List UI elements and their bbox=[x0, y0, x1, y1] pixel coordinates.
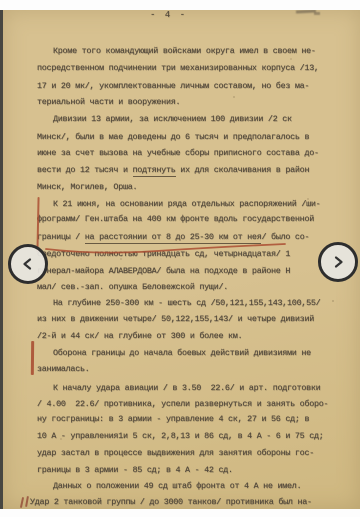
document-line: Кроме того командующий войсками округа и… bbox=[53, 46, 316, 56]
document-line: ну госграницы: в 3 армии - управление 4 … bbox=[37, 414, 309, 424]
document-line: посредственном подчинении три механизиро… bbox=[37, 63, 319, 73]
document-line: генерал-майора АЛАВЕРДОВА/ была на подхо… bbox=[37, 266, 290, 276]
prev-page-button[interactable] bbox=[8, 244, 48, 284]
red-wavy-underline-mark bbox=[42, 240, 294, 256]
document-line: из них в движении четыре/ 50,122,155,143… bbox=[37, 314, 314, 324]
next-page-button[interactable] bbox=[318, 242, 358, 282]
document-line: К началу удара авиации / в 3.50 22.6/ и … bbox=[53, 383, 320, 393]
document-line: /2-й и 44 ск/ на глубине от 300 и более … bbox=[37, 331, 242, 341]
document-line: териальной части и вооружения. bbox=[37, 97, 180, 107]
document-line: К 21 июня, на основании ряда отдельных р… bbox=[53, 199, 320, 209]
viewer-top-margin bbox=[0, 0, 360, 10]
document-line: июне за счет вызова на учебные сборы при… bbox=[37, 148, 319, 158]
document-line: Удар 2 танковой группы / до 3000 танков/… bbox=[30, 497, 312, 507]
document-line: границы в 3 армии - 85 сд; в 4 А - 42 сд… bbox=[37, 465, 233, 475]
chevron-left-icon bbox=[21, 257, 35, 271]
document-line: занималась. bbox=[37, 364, 90, 374]
document-line: / 4.00 22.6/ противника, успели разверну… bbox=[37, 399, 328, 409]
document-line: 17 и 20 мк/, укомплектованные личным сос… bbox=[37, 81, 309, 91]
scan-left-edge bbox=[0, 10, 3, 509]
document-line: Минск/, были в мае доведены до 6 тысяч и… bbox=[37, 132, 309, 142]
red-margin-line bbox=[31, 341, 34, 375]
document-line: На глубине 250-300 км - шесть сд /50,121… bbox=[53, 298, 320, 308]
document-line: Оборона границы до начала боевых действи… bbox=[53, 348, 311, 358]
document-line: удар застал в процессе выдвижения для за… bbox=[37, 448, 314, 458]
document-line: фрограмм/ Ген.штаба на 400 км фронте вдо… bbox=[37, 214, 314, 224]
document-line: мал/ сев.-зап. опушка Беловежской пущи/. bbox=[37, 282, 228, 292]
image-viewer: - 4 - Кроме того командующий войсками ок… bbox=[0, 0, 360, 517]
document-line: 10 А - управления1и 5 ск, 2,8,13 и 86 сд… bbox=[37, 431, 324, 441]
document-line: вести до 12 тысяч и подтянуть их для ско… bbox=[37, 165, 309, 175]
viewer-bottom-margin bbox=[0, 509, 360, 517]
document-line: Дивизии 13 армии, за исключением 100 див… bbox=[53, 114, 292, 124]
document-line: Данных о положении 49 сд штаб фронта от … bbox=[53, 481, 301, 491]
page-number: - 4 - bbox=[150, 10, 187, 20]
document-line: Минск, Могилев, Орша. bbox=[37, 182, 137, 192]
chevron-right-icon bbox=[331, 255, 345, 269]
handwritten-mark bbox=[314, 12, 320, 15]
